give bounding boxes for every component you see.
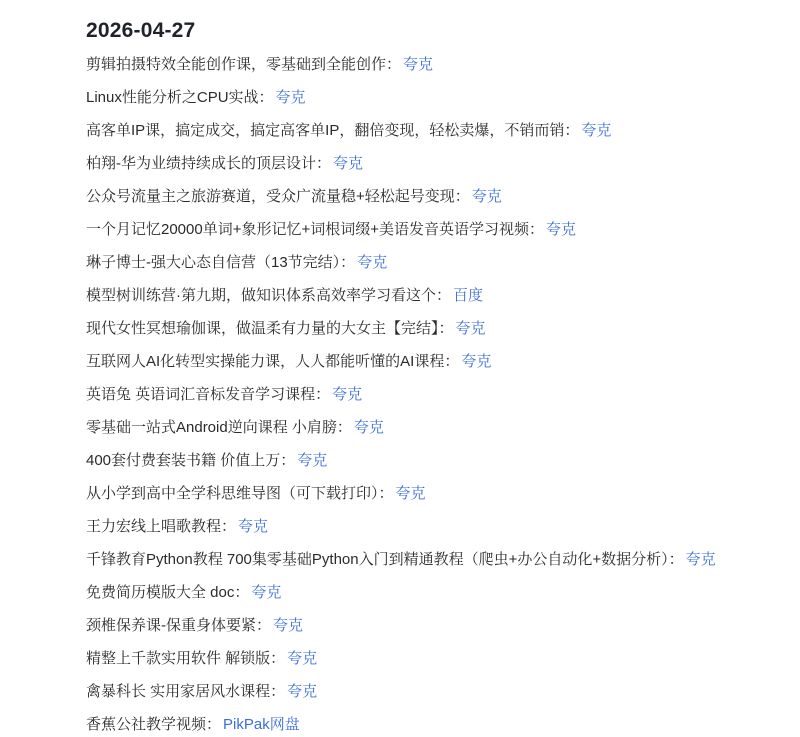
resource-text: 从小学到高中全学科思维导图（可下载打印）：	[86, 485, 394, 502]
resource-line: 琳子博士-强大心态自信营（13节完结）：夸克	[86, 255, 760, 271]
resource-line: 香蕉公社教学视频：PikPak网盘	[86, 717, 760, 733]
resource-text: 一个月记忆20000单词+象形记忆+词根词缀+美语发音英语学习视频：	[86, 221, 544, 238]
resource-line: 英语兔 英语词汇音标发音学习课程：夸克	[86, 387, 760, 403]
resource-link[interactable]: 夸克	[333, 155, 363, 172]
resource-line: 公众号流量主之旅游赛道，受众广流量稳+轻松起号变现：夸克	[86, 189, 760, 205]
resource-line: 零基础一站式Android逆向课程 小肩膀：夸克	[86, 420, 760, 436]
page-title: 2026-04-27	[86, 20, 760, 42]
resource-text: 免费简历模版大全 doc：	[86, 584, 249, 601]
resource-list: 剪辑拍摄特效全能创作课，零基础到全能创作：夸克 Linux性能分析之CPU实战：…	[86, 57, 760, 733]
resource-text: 公众号流量主之旅游赛道，受众广流量稳+轻松起号变现：	[86, 188, 470, 205]
resource-text: 零基础一站式Android逆向课程 小肩膀：	[86, 419, 352, 436]
resource-link[interactable]: 夸克	[273, 617, 303, 634]
resource-line: 现代女性冥想瑜伽课，做温柔有力量的大女主【完结】：夸克	[86, 321, 760, 337]
resource-text: 400套付费套装书籍 价值上万：	[86, 452, 295, 469]
resource-text: 模型树训练营·第九期，做知识体系高效率学习看这个：	[86, 287, 451, 304]
resource-line: 免费简历模版大全 doc：夸克	[86, 585, 760, 601]
resource-line: 一个月记忆20000单词+象形记忆+词根词缀+美语发音英语学习视频：夸克	[86, 222, 760, 238]
resource-link[interactable]: 夸克	[456, 320, 486, 337]
resource-text: 琳子博士-强大心态自信营（13节完结）：	[86, 254, 355, 271]
resource-text: 香蕉公社教学视频：	[86, 716, 221, 733]
resource-text: 现代女性冥想瑜伽课，做温柔有力量的大女主【完结】：	[86, 320, 454, 337]
resource-text: 互联网人AI化转型实操能力课，人人都能听懂的AI课程：	[86, 353, 459, 370]
resource-text: 英语兔 英语词汇音标发音学习课程：	[86, 386, 330, 403]
resource-line: 剪辑拍摄特效全能创作课，零基础到全能创作：夸克	[86, 57, 760, 73]
resource-text: 精整上千款实用软件 解锁版：	[86, 650, 285, 667]
resource-link[interactable]: 夸克	[251, 584, 281, 601]
resource-link[interactable]: 夸克	[581, 122, 611, 139]
resource-text: 剪辑拍摄特效全能创作课，零基础到全能创作：	[86, 56, 401, 73]
resource-link[interactable]: 夸克	[546, 221, 576, 238]
resource-line: 400套付费套装书籍 价值上万：夸克	[86, 453, 760, 469]
resource-link[interactable]: 夸克	[332, 386, 362, 403]
resource-text: 柏翔-华为业绩持续成长的顶层设计：	[86, 155, 331, 172]
resource-text: Linux性能分析之CPU实战：	[86, 89, 274, 106]
resource-line: Linux性能分析之CPU实战：夸克	[86, 90, 760, 106]
resource-link[interactable]: 夸克	[287, 683, 317, 700]
resource-line: 王力宏线上唱歌教程：夸克	[86, 519, 760, 535]
resource-line: 精整上千款实用软件 解锁版：夸克	[86, 651, 760, 667]
resource-link[interactable]: PikPak网盘	[223, 716, 300, 733]
resource-text: 王力宏线上唱歌教程：	[86, 518, 236, 535]
resource-line: 柏翔-华为业绩持续成长的顶层设计：夸克	[86, 156, 760, 172]
resource-link[interactable]: 夸克	[461, 353, 491, 370]
resource-link[interactable]: 夸克	[287, 650, 317, 667]
resource-text: 颈椎保养课-保重身体要紧：	[86, 617, 271, 634]
resource-line: 禽暴科长 实用家居风水课程：夸克	[86, 684, 760, 700]
resource-text: 高客单IP课，搞定成交，搞定高客单IP，翻倍变现，轻松卖爆，不销而销：	[86, 122, 579, 139]
resource-link[interactable]: 夸克	[686, 551, 716, 568]
resource-link[interactable]: 夸克	[238, 518, 268, 535]
resource-link[interactable]: 百度	[453, 287, 483, 304]
resource-link[interactable]: 夸克	[472, 188, 502, 205]
resource-line: 高客单IP课，搞定成交，搞定高客单IP，翻倍变现，轻松卖爆，不销而销：夸克	[86, 123, 760, 139]
resource-line: 模型树训练营·第九期，做知识体系高效率学习看这个：百度	[86, 288, 760, 304]
resource-link[interactable]: 夸克	[357, 254, 387, 271]
resource-link[interactable]: 夸克	[276, 89, 306, 106]
document-page: 2026-04-27 剪辑拍摄特效全能创作课，零基础到全能创作：夸克 Linux…	[0, 0, 800, 737]
resource-text: 千锋教育Python教程 700集零基础Python入门到精通教程（爬虫+办公自…	[86, 551, 684, 568]
resource-link[interactable]: 夸克	[297, 452, 327, 469]
resource-link[interactable]: 夸克	[403, 56, 433, 73]
resource-link[interactable]: 夸克	[354, 419, 384, 436]
resource-link[interactable]: 夸克	[396, 485, 426, 502]
resource-text: 禽暴科长 实用家居风水课程：	[86, 683, 285, 700]
resource-line: 千锋教育Python教程 700集零基础Python入门到精通教程（爬虫+办公自…	[86, 552, 760, 568]
resource-line: 从小学到高中全学科思维导图（可下载打印）：夸克	[86, 486, 760, 502]
resource-line: 颈椎保养课-保重身体要紧：夸克	[86, 618, 760, 634]
resource-line: 互联网人AI化转型实操能力课，人人都能听懂的AI课程：夸克	[86, 354, 760, 370]
